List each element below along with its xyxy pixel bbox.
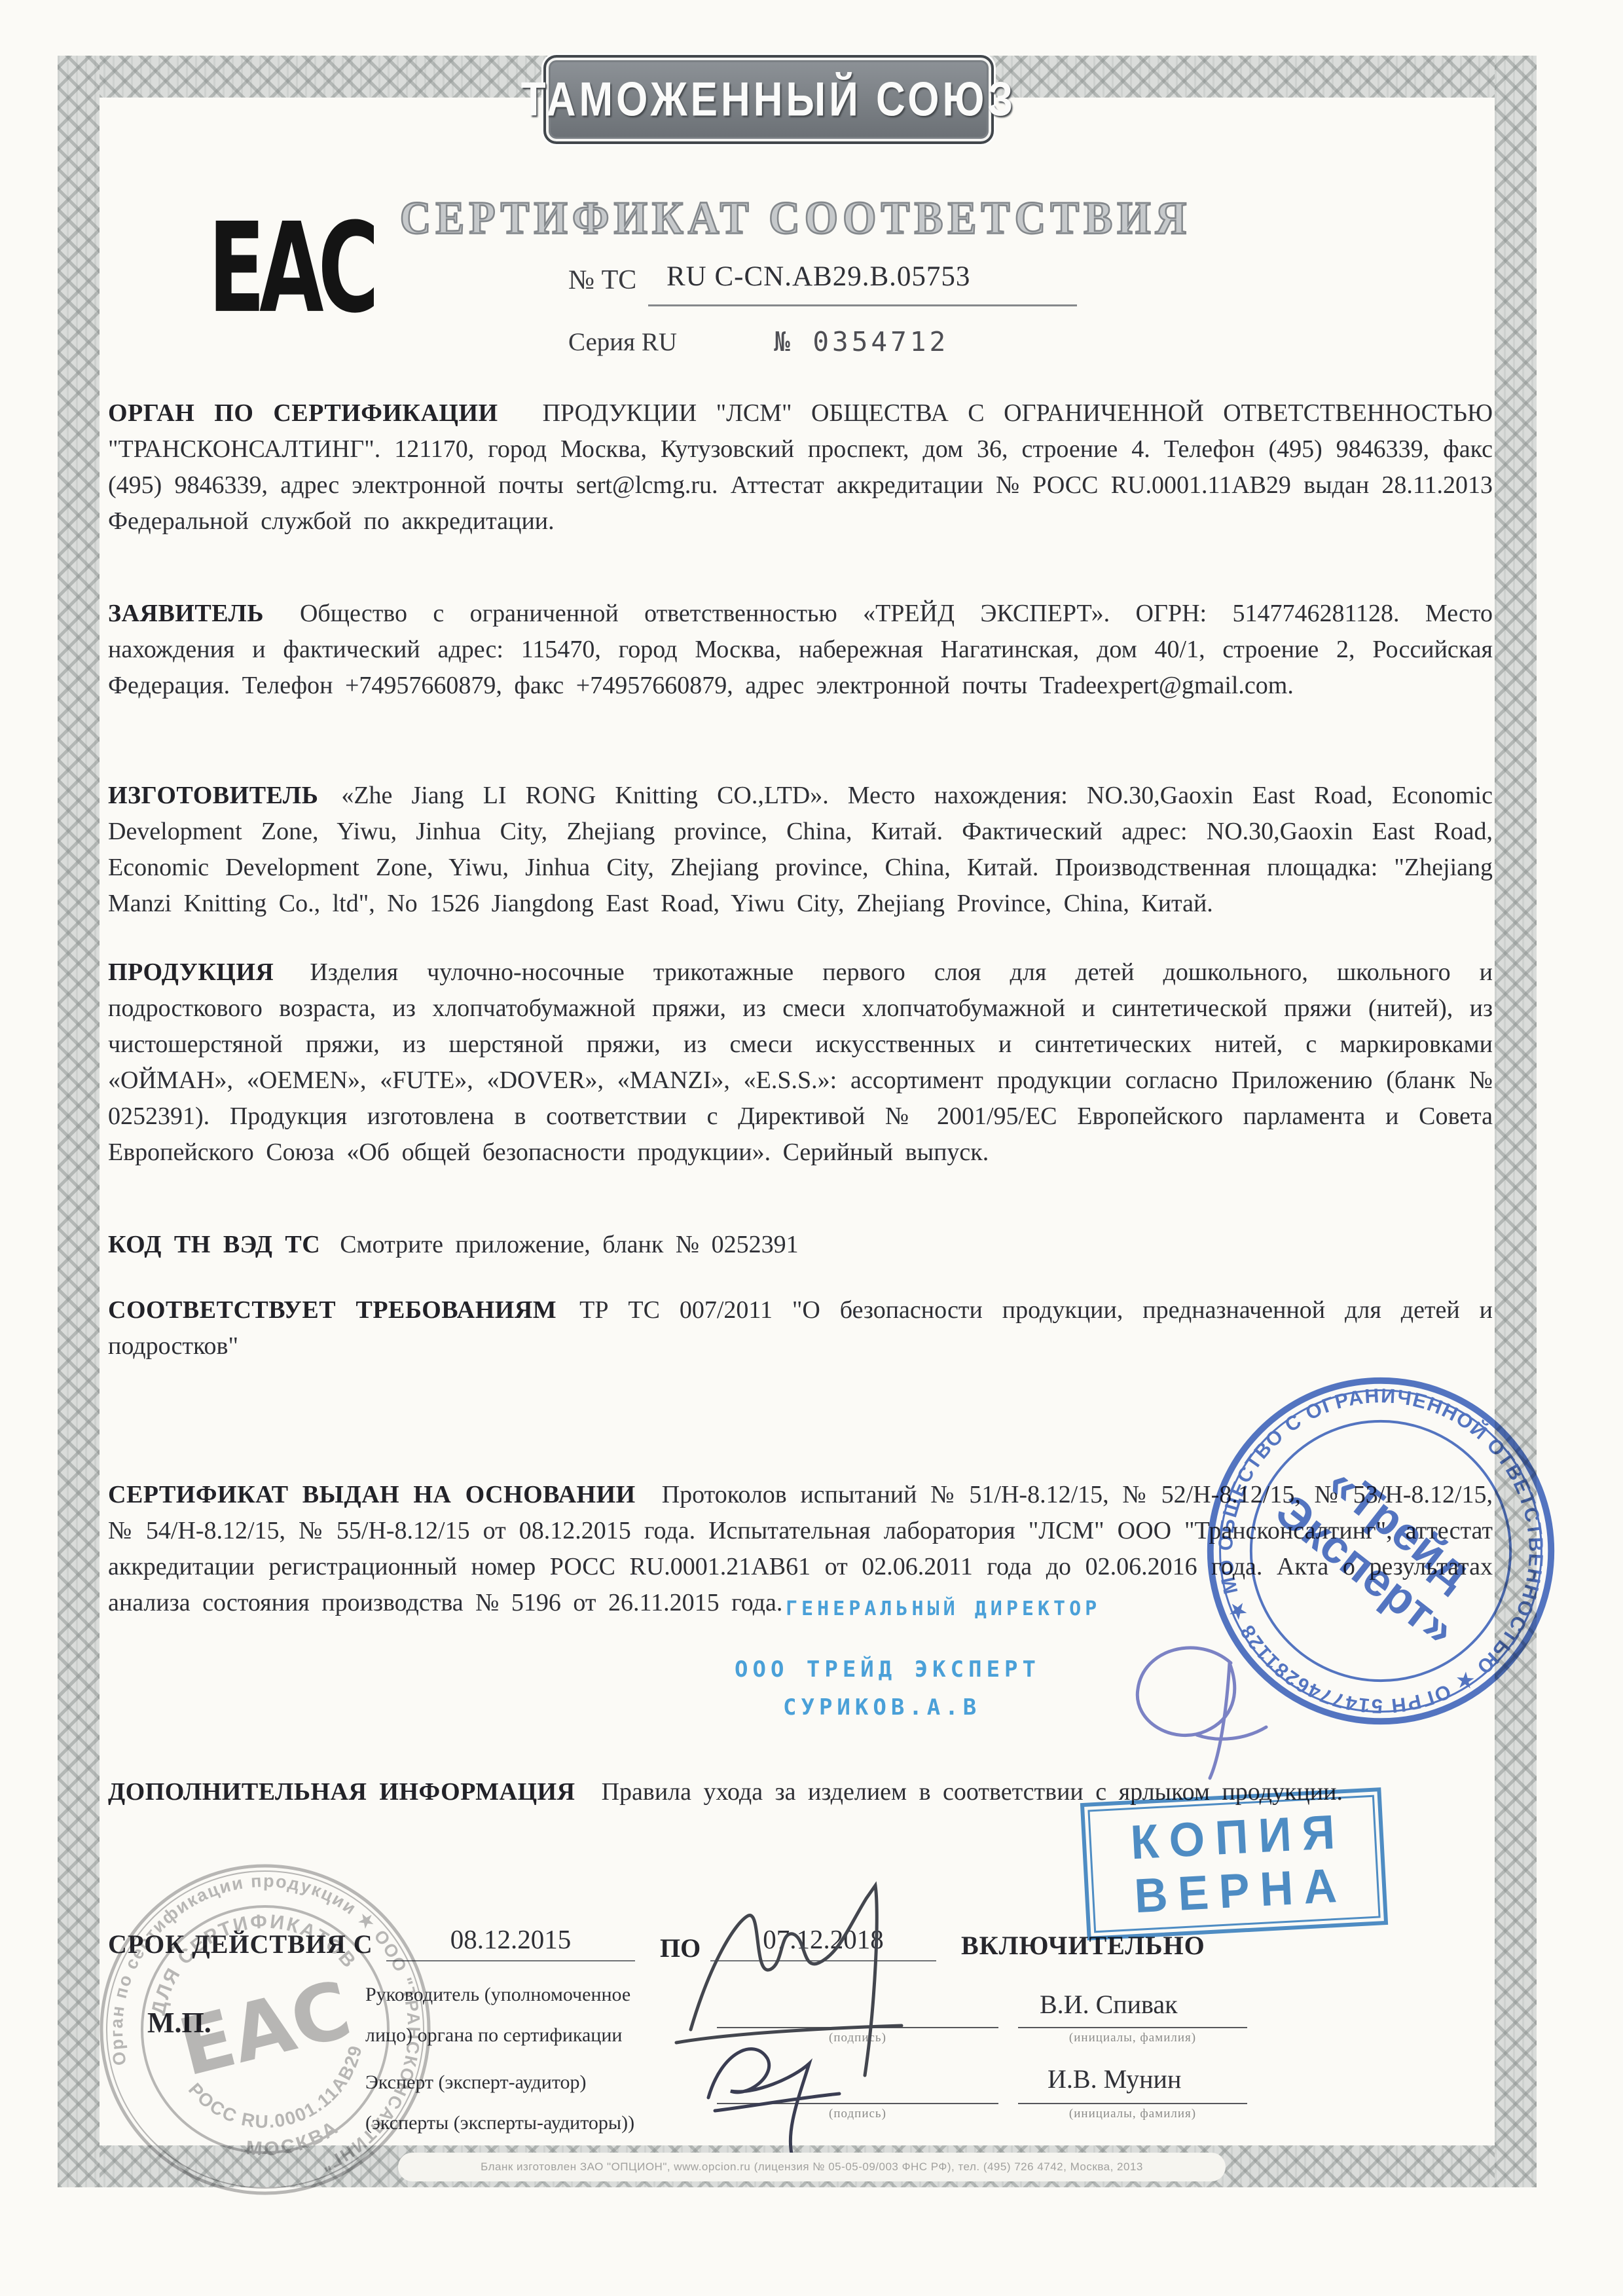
blank-print-info: Бланк изготовлен ЗАО "ОПЦИОН", www.opcio… xyxy=(398,2153,1226,2181)
section-label: СООТВЕТСТВУЕТ ТРЕБОВАНИЯМ xyxy=(108,1296,556,1324)
director-signature xyxy=(1100,1622,1296,1793)
director-title-stamp: ГЕНЕРАЛЬНЫЙ ДИРЕКТОР xyxy=(786,1597,1101,1620)
page-title: СЕРТИФИКАТ СООТВЕТСТВИЯ xyxy=(393,192,1198,246)
section-label: ПРОДУКЦИЯ xyxy=(108,958,274,986)
section-label: ИЗГОТОВИТЕЛЬ xyxy=(108,782,318,809)
name-caption: (инициалы, фамилия) xyxy=(1018,2104,1247,2121)
section-label: КОД ТН ВЭД ТС xyxy=(108,1231,320,1258)
section-applicant: ЗАЯВИТЕЛЬОбщество с ограниченной ответст… xyxy=(108,596,1493,704)
head-name: В.И. Спивак xyxy=(1040,1989,1178,2020)
cert-number-underline xyxy=(648,267,1077,306)
section-label: ОРГАН ПО СЕРТИФИКАЦИИ xyxy=(108,399,498,427)
section-text: Смотрите приложение, бланк № 0252391 xyxy=(340,1231,798,1258)
frame-border-left xyxy=(58,56,100,2187)
director-org-stamp: ООО ТРЕЙД ЭКСПЕРТ xyxy=(735,1656,1040,1683)
validity-from-date: 08.12.2015 xyxy=(386,1923,635,1961)
section-text: Общество с ограниченной ответственностью… xyxy=(108,600,1493,699)
expert-signature xyxy=(668,2018,864,2168)
copy-verna-line2: ВЕРНА xyxy=(1123,1857,1349,1925)
section-label: ЗАЯВИТЕЛЬ xyxy=(108,600,264,627)
section-label: СЕРТИФИКАТ ВЫДАН НА ОСНОВАНИИ xyxy=(108,1481,636,1508)
section-text: Изделия чулочно-носочные трикотажные пер… xyxy=(108,958,1493,1166)
director-name-stamp: СУРИКОВ.А.В xyxy=(783,1694,981,1721)
section-label: ДОПОЛНИТЕЛЬНАЯ ИНФОРМАЦИЯ xyxy=(108,1778,575,1806)
expert-name: И.В. Мунин xyxy=(1048,2064,1181,2094)
series-label: Серия RU xyxy=(568,327,677,357)
section-tnved-code: КОД ТН ВЭД ТССмотрите приложение, бланк … xyxy=(108,1227,1493,1263)
org-stamp-eac: ЕАС xyxy=(171,1964,360,2094)
series-number: № 0354712 xyxy=(774,326,949,357)
eac-logo: ЕАС xyxy=(208,211,373,326)
section-product: ПРОДУКЦИЯИзделия чулочно-носочные трикот… xyxy=(108,955,1493,1171)
section-conformity: СООТВЕТСТВУЕТ ТРЕБОВАНИЯМТР ТС 007/2011 … xyxy=(108,1292,1493,1364)
name-caption: (инициалы, фамилия) xyxy=(1018,2028,1247,2045)
copy-verna-stamp: КОПИЯ ВЕРНА xyxy=(1080,1787,1388,1941)
frame-border-right xyxy=(1495,56,1537,2187)
cert-number-label: № ТС xyxy=(568,264,636,296)
section-manufacturer: ИЗГОТОВИТЕЛЬ«Zhe Jiang LI RONG Knitting … xyxy=(108,778,1493,922)
customs-union-badge: ТАМОЖЕННЫЙ СОЮЗ xyxy=(543,55,994,144)
section-certification-body: ОРГАН ПО СЕРТИФИКАЦИИПРОДУКЦИИ "ЛСМ" ОБЩ… xyxy=(108,395,1493,539)
customs-union-badge-text: ТАМОЖЕННЫЙ СОЮЗ xyxy=(521,72,1016,127)
